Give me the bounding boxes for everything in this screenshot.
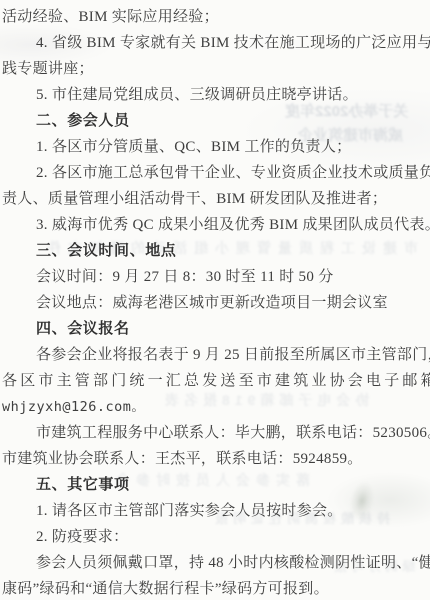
heading-participants: 二、参会人员	[2, 108, 430, 134]
heading-registration: 四、会议报名	[2, 316, 430, 342]
para-participants-3: 3. 威海市优秀 QC 成果小组及优秀 BIM 成果团队成员代表。	[2, 212, 430, 238]
para-expert-lecture-cont: 践专题讲座；	[2, 56, 430, 82]
para-registration-cont: 各区市主管部门统一汇总发送至市建筑业协会电子邮箱	[2, 368, 430, 394]
para-other-covid-label: 2. 防疫要求：	[2, 524, 430, 550]
line-contact-association: 市建筑业协会联系人：王杰平，联系电话：5924859。	[2, 446, 430, 472]
para-other-attendance: 1. 请各区市主管部门落实参会人员按时参会。	[2, 498, 430, 524]
line-meeting-location: 会议地点：威海老港区城市更新改造项目一期会议室	[2, 290, 430, 316]
para-leader-speech: 5. 市住建局党组成员、三级调研员庄晓亭讲话。	[2, 82, 430, 108]
para-covid-requirements-cont: 康码”绿码和“通信大数据行程卡”绿码方可报到。	[2, 576, 430, 600]
heading-other-matters: 五、其它事项	[2, 472, 430, 498]
line-meeting-time: 会议时间：9 月 27 日 8：30 时至 11 时 50 分	[2, 264, 430, 290]
para-participants-2-cont: 责人、质量管理小组活动骨干、BIM 研发团队及推进者；	[2, 186, 430, 212]
line-contact-service-center: 市建筑工程服务中心联系人：毕大鹏，联系电话：5230506。	[2, 420, 430, 446]
para-covid-requirements: 参会人员须佩戴口罩，持 48 小时内核酸检测阴性证明、“健	[2, 550, 430, 576]
para-registration: 各参会企业将报名表于 9 月 25 日前报至所属区市主管部门，	[2, 342, 430, 368]
line-contact-email: whjzyxh@126.com。	[2, 394, 430, 420]
para-activity-experience-cont: 活动经验、BIM 实际应用经验；	[2, 4, 430, 30]
scanned-notice-page: 关于举办2022年度 威海市建筑业企 市建设工程质量管理小组活动的通知文件 协会…	[0, 0, 430, 600]
para-participants-1: 1. 各区市分管质量、QC、BIM 工作的负责人；	[2, 134, 430, 160]
heading-time-location: 三、会议时间、地点	[2, 238, 430, 264]
para-participants-2: 2. 各区市施工总承包骨干企业、专业资质企业技术或质量负	[2, 160, 430, 186]
document-body: 活动经验、BIM 实际应用经验； 4. 省级 BIM 专家就有关 BIM 技术在…	[2, 4, 430, 600]
para-expert-lecture: 4. 省级 BIM 专家就有关 BIM 技术在施工现场的广泛应用与实	[2, 30, 430, 56]
